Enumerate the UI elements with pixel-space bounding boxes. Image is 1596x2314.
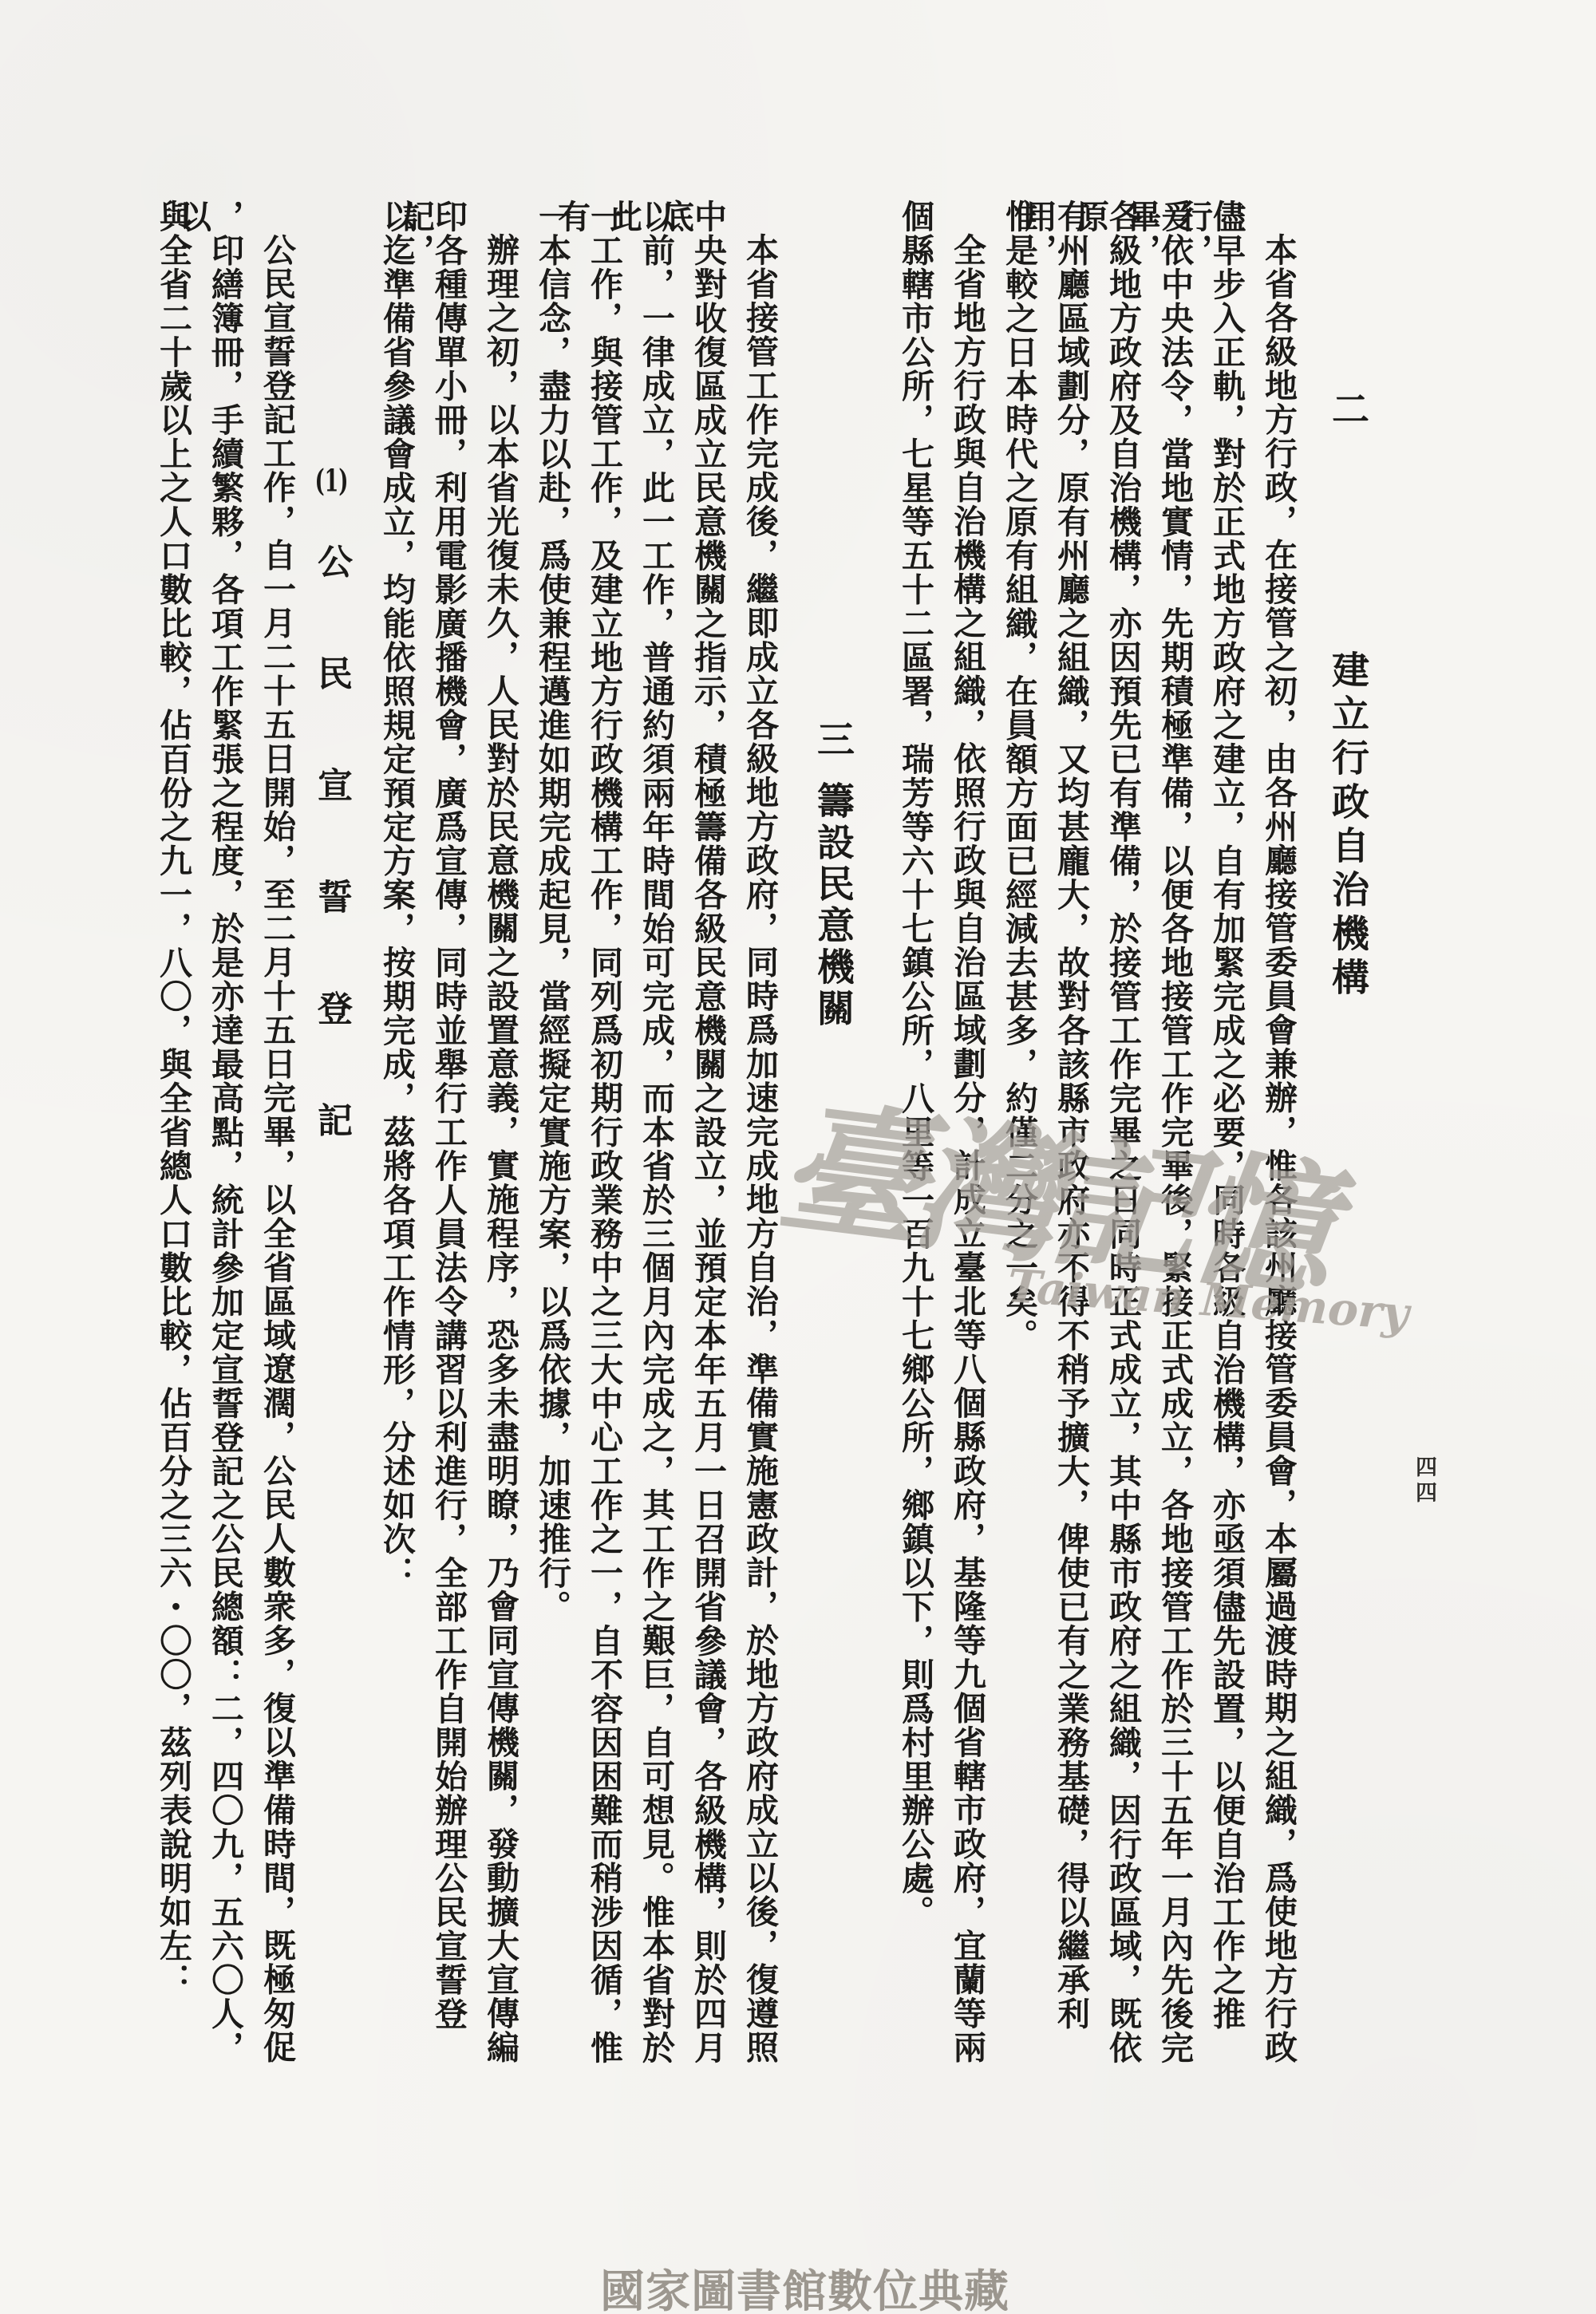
scanned-document-page: 二建立行政自治機構本省各級地方行政，在接管之初，由各州廳接管委員會兼辦，惟各該州…	[0, 0, 1596, 2314]
heading-title: 公民宣誓登記	[311, 543, 352, 1214]
heading-number: (1)	[314, 465, 350, 496]
heading-title: 籌設民意機關	[811, 781, 855, 1030]
text-flow: 二建立行政自治機構本省各級地方行政，在接管之初，由各州廳接管委員會兼辦，惟各該州…	[137, 199, 1366, 2083]
heading-number: 二	[1325, 389, 1369, 427]
text-column: 一本信念，盡力以赴，爲使兼程邁進如期完成起見，當經擬定實施方案，以爲依據，加速推…	[516, 199, 568, 2083]
text-column: 惟是較之日本時代之原有組織，在員額方面已經減去甚多，約僅二分之一矣。	[983, 199, 1035, 2083]
text-column: 本省接管工作完成後，繼即成立各級地方政府，同時爲加速完成地方自治，準備實施憲政計…	[724, 199, 776, 2083]
library-archive-watermark: 國家圖書館數位典藏	[600, 2257, 1009, 2314]
text-column: 本省各級地方行政，在接管之初，由各州廳接管委員會兼辦，惟各該州廳接管委員會，本屬…	[1242, 199, 1294, 2083]
section-heading: 三籌設民意機關	[808, 199, 851, 2083]
text-column: 全省地方行政與自治機構之組織，依照行政與自治區域劃分，計成立臺北等八個縣政府，基…	[931, 199, 983, 2083]
text-column: 與全省二十歲以上之人口數比較，佔百份之九一，八〇，與全省總人口數比較，佔百分之三…	[137, 199, 189, 2083]
text-column: 以迄準備省參議會成立，均能依照規定預定方案，按期完成，茲將各項工作情形，分述如次…	[361, 199, 413, 2083]
text-column: 各級地方政府及自治機構，亦因預先已有準備，於接管工作完畢之日同時正式成立，其中縣…	[1087, 199, 1139, 2083]
text-column: 中央對收復區成立民意機關之指示，積極籌備各級民意機關之設立，並預定本年五月一日召…	[672, 199, 724, 2083]
section-heading: 二建立行政自治機構	[1322, 199, 1366, 2083]
text-column: ，印繕簿冊，手續繁夥，各項工作緊張之程度，於是亦達最高點，統計參加定宣誓登記之公…	[189, 199, 241, 2083]
text-column: 個縣轄市公所，七星等五十二區署，瑞芳等六十七鎮公所，八里等一百九十七鄉公所，鄉鎮…	[879, 199, 931, 2083]
text-column: 一工作，與接管工作，及建立地方行政機構工作，同列爲初期行政業務中之三大中心工作之…	[568, 199, 620, 2083]
text-column: 辦理之初，以本省光復未久，人民對於民意機關之設置意義，實施程序，恐多未盡明瞭，乃…	[464, 199, 516, 2083]
text-column: 以前，一律成立，此一工作，普通約須兩年時間始可完成，而本省於三個月內完成之，其工…	[620, 199, 672, 2083]
text-column: 有州廳區域劃分，原有州廳之組織，又均甚龐大，故對各該縣市政府亦不得不稍予擴大，俾…	[1035, 199, 1087, 2083]
heading-number: 三	[811, 720, 855, 757]
text-column: 印各種傳單小冊，利用電影廣播機會，廣爲宣傳，同時並舉行工作人員法令講習以利進行，…	[413, 199, 464, 2083]
heading-title: 建立行政自治機構	[1325, 650, 1369, 1001]
text-column: 公民宣誓登記工作，自一月二十五日開始，至二月十五日完畢，以全省區域遼濶，公民人數…	[241, 199, 293, 2083]
text-column: 爰依中央法令，當地實情，先期積極準備，以便各地接管工作完畢後，緊接正式成立，各地…	[1139, 199, 1191, 2083]
subsection-heading: (1)公民宣誓登記	[305, 199, 349, 2083]
text-column: 儘早步入正軌，對於正式地方政府之建立，自有加緊完成之必要，同時各級自治機構，亦亟…	[1191, 199, 1242, 2083]
page-number: 四四	[1408, 1455, 1440, 1506]
